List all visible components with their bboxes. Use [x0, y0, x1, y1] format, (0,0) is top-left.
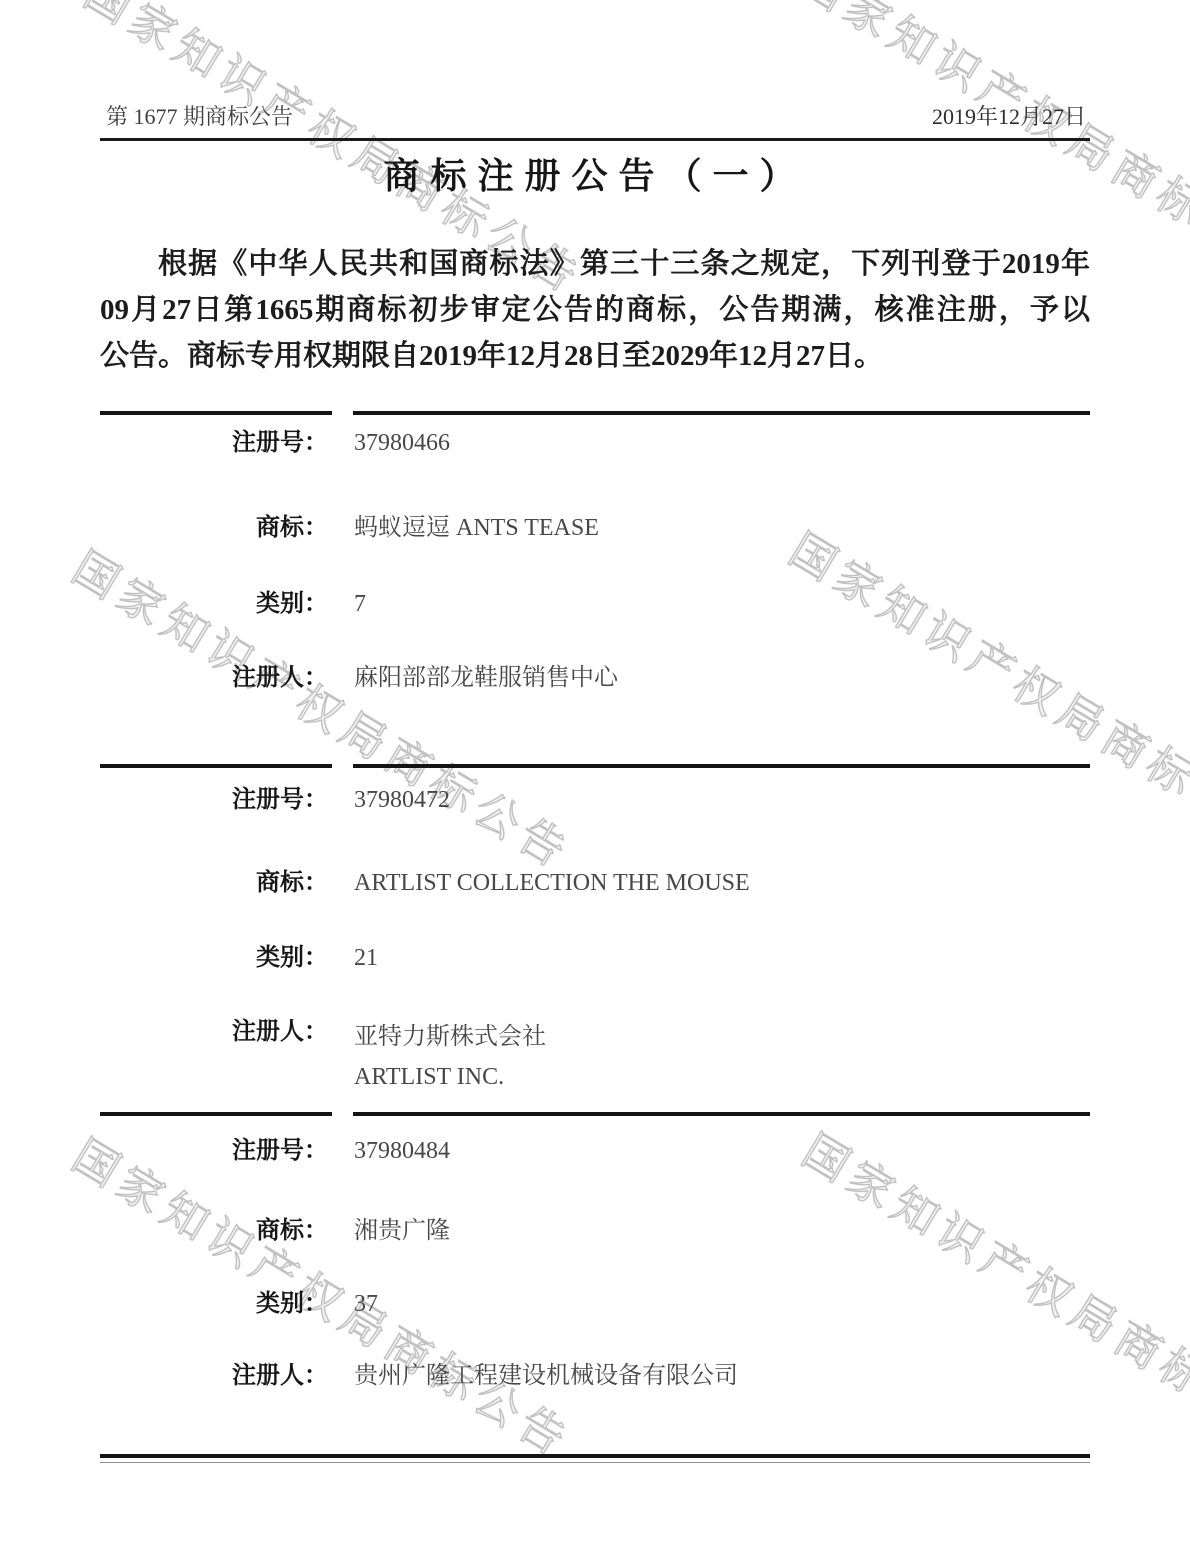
record-2-registrant-cn: 亚特力斯株式会社: [354, 1017, 546, 1057]
header-rule: [100, 138, 1090, 141]
record-row: 商标： 蚂蚁逗逗 ANTS TEASE: [100, 513, 1090, 543]
record-2-trademark: ARTLIST COLLECTION THE MOUSE: [354, 868, 750, 898]
field-label-class: 类别：: [100, 1289, 328, 1319]
record-row: 注册人： 亚特力斯株式会社 ARTLIST INC.: [100, 1017, 1090, 1097]
record-2-registrant: 亚特力斯株式会社 ARTLIST INC.: [354, 1017, 546, 1097]
field-label-trademark: 商标：: [100, 868, 328, 898]
record-2-class: 21: [354, 943, 378, 973]
field-label-reg-no: 注册号：: [100, 1136, 328, 1166]
record-row: 类别： 37: [100, 1289, 1090, 1319]
field-label-reg-no: 注册号：: [100, 785, 328, 815]
record-1-trademark: 蚂蚁逗逗 ANTS TEASE: [354, 513, 599, 543]
record-row: 注册号： 37980466: [100, 428, 1090, 458]
record-1-class: 7: [354, 589, 366, 619]
field-label-class: 类别：: [100, 589, 328, 619]
divider-segment: [353, 411, 1090, 415]
page-title: 商标注册公告（一）: [0, 148, 1190, 199]
record-1-reg-no: 37980466: [354, 428, 450, 458]
divider-segment: [100, 1112, 332, 1116]
intro-paragraph: 根据《中华人民共和国商标法》第三十三条之规定，下列刊登于2019年 09月27日…: [100, 241, 1090, 379]
divider-segment: [353, 764, 1090, 768]
gazette-page: 国家知识产权局商标公告 国家知识产权局商标公告 国家知识产权局商标公告 国家知识…: [0, 0, 1190, 1564]
record-row: 注册号： 37980484: [100, 1136, 1090, 1166]
record-3-class: 37: [354, 1289, 378, 1319]
record-row: 注册人： 贵州广隆工程建设机械设备有限公司: [100, 1361, 1090, 1391]
record-row: 类别： 21: [100, 943, 1090, 973]
field-label-registrant: 注册人：: [100, 1361, 328, 1391]
record-row: 商标： 湘贵广隆: [100, 1216, 1090, 1246]
intro-line: 09月27日第1665期商标初步审定公告的商标，公告期满，核准注册，予以: [100, 287, 1090, 333]
record-2-registrant-en: ARTLIST INC.: [354, 1057, 546, 1097]
divider-segment: [353, 1112, 1090, 1116]
section-divider: [100, 411, 1090, 415]
field-label-registrant: 注册人：: [100, 1017, 328, 1097]
field-label-class: 类别：: [100, 943, 328, 973]
gazette-issue-label: 第 1677 期商标公告: [106, 100, 293, 131]
divider-shadow-line: [100, 1462, 1090, 1463]
divider-segment: [100, 764, 332, 768]
intro-line: 公告。商标专用权期限自2019年12月28日至2029年12月27日。: [100, 333, 1090, 379]
record-row: 注册人： 麻阳部部龙鞋服销售中心: [100, 663, 1090, 693]
record-row: 商标： ARTLIST COLLECTION THE MOUSE: [100, 868, 1090, 898]
divider-segment: [100, 411, 332, 415]
gazette-date: 2019年12月27日: [932, 100, 1086, 131]
record-2-reg-no: 37980472: [354, 785, 450, 815]
field-label-trademark: 商标：: [100, 513, 328, 543]
record-row: 类别： 7: [100, 589, 1090, 619]
section-divider: [100, 1454, 1090, 1458]
field-label-registrant: 注册人：: [100, 663, 328, 693]
intro-line: 根据《中华人民共和国商标法》第三十三条之规定，下列刊登于2019年: [100, 241, 1090, 287]
record-3-reg-no: 37980484: [354, 1136, 450, 1166]
record-3-trademark: 湘贵广隆: [354, 1216, 450, 1246]
divider-segment: [100, 1454, 1090, 1458]
field-label-reg-no: 注册号：: [100, 428, 328, 458]
section-divider: [100, 1112, 1090, 1116]
section-divider: [100, 764, 1090, 768]
field-label-trademark: 商标：: [100, 1216, 328, 1246]
record-1-registrant: 麻阳部部龙鞋服销售中心: [354, 663, 618, 693]
record-3-registrant: 贵州广隆工程建设机械设备有限公司: [354, 1361, 738, 1391]
record-row: 注册号： 37980472: [100, 785, 1090, 815]
